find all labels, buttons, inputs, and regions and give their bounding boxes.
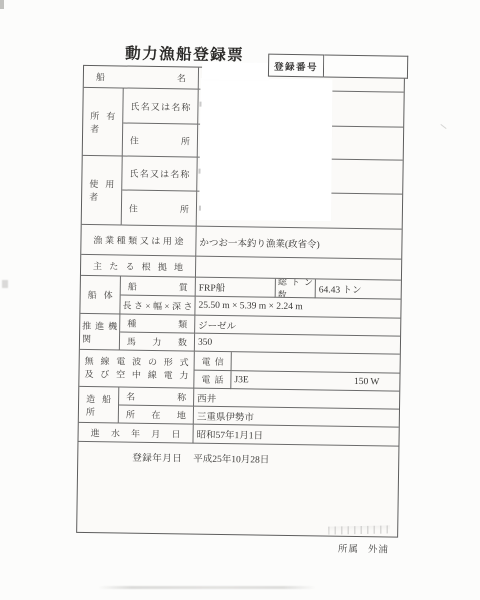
shipyard-section-label: 造船所	[79, 387, 120, 424]
registration-number-box: 登録番号	[268, 54, 408, 79]
ship-name-label: 船名	[84, 66, 199, 90]
home-port-value-cell	[196, 257, 401, 281]
pencil-scribble	[328, 525, 390, 534]
hull-material-label: 船質	[121, 276, 196, 296]
registration-number-label: 登録番号	[268, 54, 324, 78]
fishery-type-value: かつお一本釣り漁業(政省令)	[196, 227, 401, 260]
radio-label-line2: 及び空中線電力	[79, 368, 193, 383]
user-name-label: 氏名又は名称	[122, 156, 197, 191]
table-bottom-area: 登録年月日 平成25年10月28日	[77, 442, 398, 537]
fishery-type-label: 漁業種類又は用途	[81, 225, 196, 257]
registration-date-label: 登録年月日	[132, 450, 182, 465]
covered-text-sliver	[198, 169, 200, 174]
horsepower-label: 馬力数	[120, 332, 195, 351]
owner-address-label: 住所	[123, 123, 198, 157]
scan-smudge-line	[98, 586, 316, 589]
user-address-label: 住所	[122, 190, 198, 226]
affiliation-label: 所属	[338, 541, 359, 555]
telephone-label: 電話	[194, 371, 231, 390]
launch-date-label: 進水年月日	[78, 423, 193, 444]
gross-tonnage-value: 64.43 トン	[316, 279, 401, 299]
registration-date-value: 平成25年10月28日	[193, 451, 269, 466]
scanned-registration-sheet: 動力漁船登録票 登録番号 船名 所有者 氏名又は名称 住所 使用者 氏名又は名称…	[0, 0, 480, 600]
scan-corner-mark	[0, 0, 4, 9]
registration-number-value-cell	[324, 54, 408, 78]
covered-text-sliver	[199, 102, 201, 107]
scan-edge-smudge	[2, 280, 8, 288]
hull-section-label: 船体	[80, 276, 121, 315]
whiteout-patch-values	[199, 78, 332, 221]
shipyard-location-label: 所在地	[119, 405, 194, 424]
telegraph-label: 電信	[195, 352, 232, 372]
rotated-scan-layer: 動力漁船登録票 登録番号 船名 所有者 氏名又は名称 住所 使用者 氏名又は名称…	[0, 0, 480, 600]
engine-type-label: 種類	[120, 314, 195, 333]
dimensions-label: 長さ×幅×深さ	[120, 295, 195, 315]
affiliation-value: 外浦	[368, 541, 389, 555]
affiliation-note: 所属 外浦	[338, 541, 389, 556]
engine-section-label: 推進機関	[80, 314, 121, 351]
user-section-label: 使用者	[82, 156, 123, 226]
radio-form-power-label: 無線電波の形式 及び空中線電力	[79, 350, 195, 389]
gross-tonnage-label: 総トン数	[276, 279, 316, 299]
form-title: 動力漁船登録票	[125, 42, 244, 66]
owner-section-label: 所有者	[83, 88, 124, 157]
hull-material-value: FRP船	[196, 278, 276, 298]
home-port-label: 主たる根拠地	[81, 255, 196, 278]
shipyard-name-label: 名称	[119, 387, 194, 406]
covered-text-sliver	[199, 206, 201, 211]
telegraph-value-cell	[232, 352, 400, 373]
telephone-emission-value: J3E	[234, 375, 248, 385]
owner-name-label: 氏名又は名称	[123, 89, 199, 125]
antenna-power-value: 150 W	[354, 376, 380, 386]
